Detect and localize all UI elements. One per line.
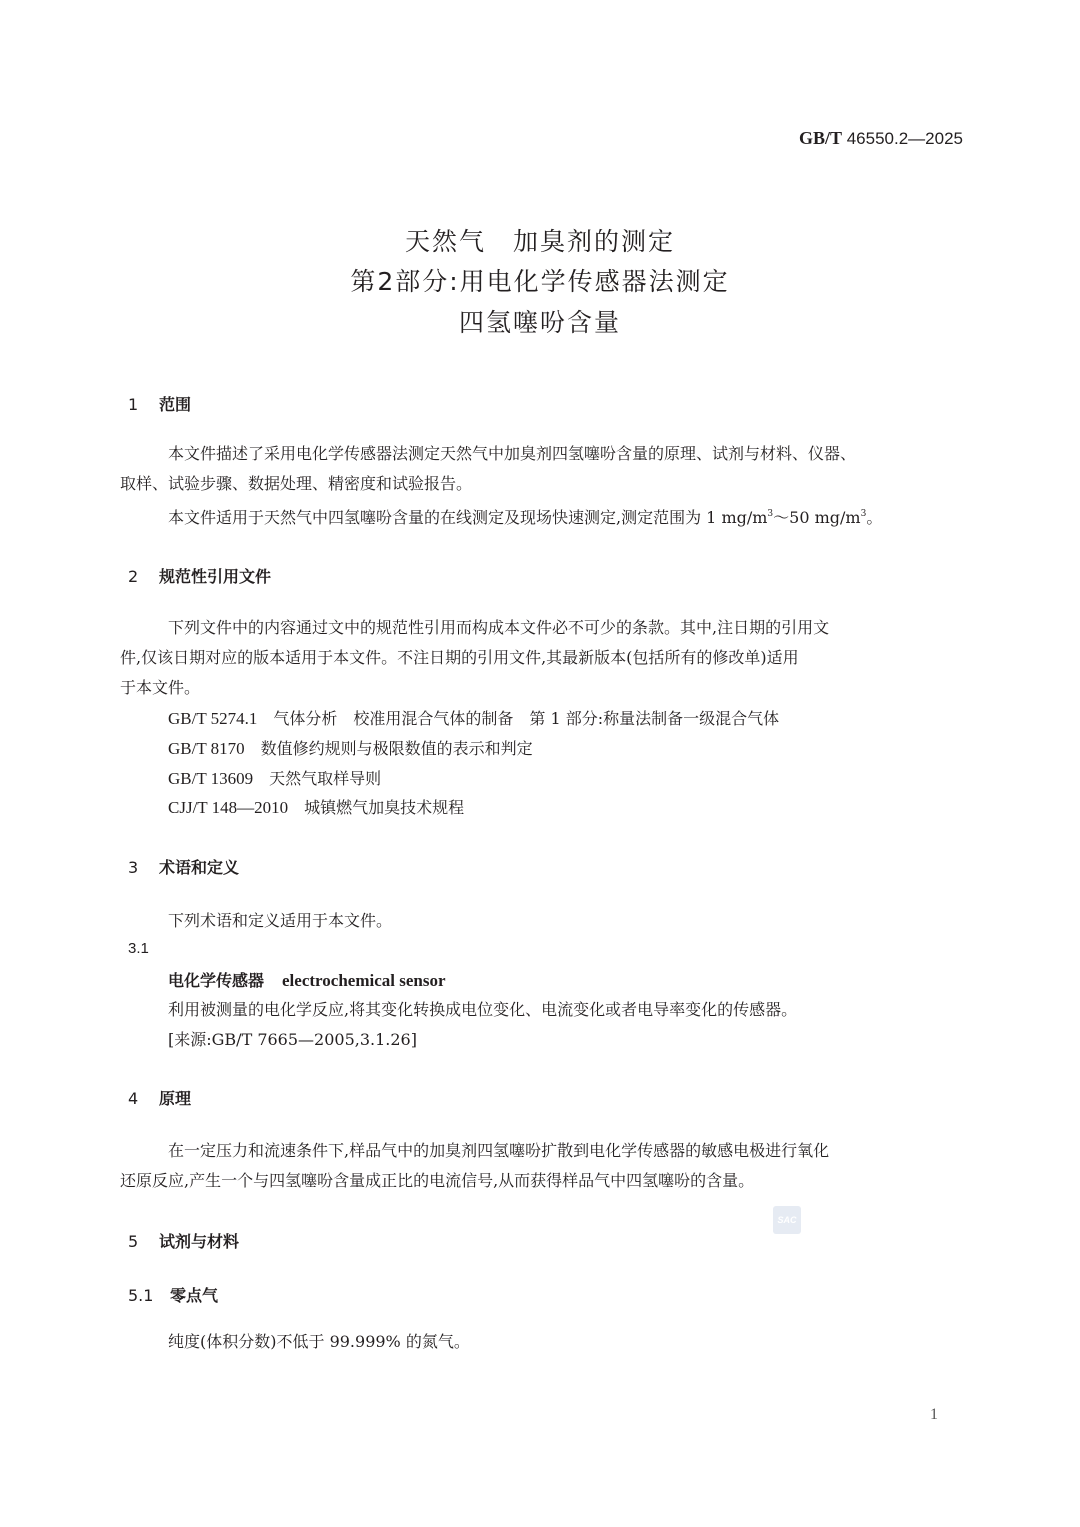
section-title: 规范性引用文件 bbox=[159, 567, 271, 586]
subsection-number: 5.1 bbox=[128, 1286, 170, 1305]
section-number: 4 bbox=[128, 1089, 159, 1108]
section-1-heading: 1范围 bbox=[128, 392, 191, 415]
standard-number: 46550.2—2025 bbox=[847, 129, 963, 148]
term-number: 3.1 bbox=[128, 940, 149, 957]
sac-watermark-logo: SAC bbox=[773, 1206, 801, 1234]
section-number: 2 bbox=[128, 567, 159, 586]
section-title: 范围 bbox=[159, 395, 191, 414]
section-4-body: 在一定压力和流速条件下,样品气中的加臭剂四氢噻吩扩散到电化学传感器的敏感电极进行… bbox=[120, 1136, 965, 1196]
section-number: 5 bbox=[128, 1232, 159, 1251]
section-number: 3 bbox=[128, 858, 159, 877]
subsection-title: 零点气 bbox=[170, 1286, 218, 1305]
section-title: 试剂与材料 bbox=[159, 1232, 239, 1251]
section-2-body: 下列文件中的内容通过文中的规范性引用而构成本文件必不可少的条款。其中,注日期的引… bbox=[120, 613, 965, 703]
paragraph-cont: 件,仅该日期对应的版本适用于本文件。不注日期的引用文件,其最新版本(包括所有的修… bbox=[120, 643, 965, 673]
paragraph-cont: 还原反应,产生一个与四氢噻吩含量成正比的电流信号,从而获得样品气中四氢噻吩的含量… bbox=[120, 1166, 965, 1196]
section-2-heading: 2规范性引用文件 bbox=[128, 564, 271, 587]
paragraph: 在一定压力和流速条件下,样品气中的加臭剂四氢噻吩扩散到电化学传感器的敏感电极进行… bbox=[120, 1136, 965, 1166]
reference-item: GB/T 5274.1气体分析 校准用混合气体的制备 第 1 部分:称量法制备一… bbox=[168, 706, 779, 729]
term-source: [来源:GB/T 7665—2005,3.1.26] bbox=[168, 1027, 417, 1050]
section-1-body: 本文件描述了采用电化学传感器法测定天然气中加臭剂四氢噻吩含量的原理、试剂与材料、… bbox=[120, 439, 965, 533]
section-title: 术语和定义 bbox=[159, 858, 239, 877]
section-4-heading: 4原理 bbox=[128, 1086, 191, 1109]
section-number: 1 bbox=[128, 395, 159, 414]
reference-item: GB/T 13609天然气取样导则 bbox=[168, 766, 381, 789]
term-definition: 利用被测量的电化学反应,将其变化转换成电位变化、电流变化或者电导率变化的传感器。 bbox=[168, 997, 797, 1020]
paragraph: 本文件适用于天然气中四氢噻吩含量的在线测定及现场快速测定,测定范围为 1 mg/… bbox=[120, 499, 965, 533]
section-3-heading: 3术语和定义 bbox=[128, 855, 239, 878]
title-line-3: 四氢噻吩含量 bbox=[0, 303, 1080, 339]
standard-code: GB/T 46550.2—2025 bbox=[799, 128, 963, 149]
section-title: 原理 bbox=[159, 1089, 191, 1108]
paragraph-cont: 取样、试验步骤、数据处理、精密度和试验报告。 bbox=[120, 469, 965, 499]
section-3-intro: 下列术语和定义适用于本文件。 bbox=[168, 908, 392, 931]
paragraph-cont: 于本文件。 bbox=[120, 673, 965, 703]
reference-item: CJJ/T 148—2010城镇燃气加臭技术规程 bbox=[168, 795, 464, 818]
standard-prefix: GB/T bbox=[799, 128, 842, 148]
paragraph: 下列文件中的内容通过文中的规范性引用而构成本文件必不可少的条款。其中,注日期的引… bbox=[120, 613, 965, 643]
term-cn: 电化学传感器 bbox=[168, 971, 264, 990]
reference-item: GB/T 8170数值修约规则与极限数值的表示和判定 bbox=[168, 736, 533, 759]
title-line-1: 天然气 加臭剂的测定 bbox=[0, 222, 1080, 258]
term-heading: 电化学传感器electrochemical sensor bbox=[168, 968, 446, 991]
title-line-2: 第2部分:用电化学传感器法测定 bbox=[0, 262, 1080, 298]
subsection-5-1-heading: 5.1零点气 bbox=[128, 1283, 218, 1306]
page-number: 1 bbox=[930, 1406, 938, 1424]
section-5-heading: 5试剂与材料 bbox=[128, 1229, 239, 1252]
subsection-5-1-body: 纯度(体积分数)不低于 99.999% 的氮气。 bbox=[168, 1329, 470, 1352]
term-en: electrochemical sensor bbox=[282, 971, 445, 990]
paragraph: 本文件描述了采用电化学传感器法测定天然气中加臭剂四氢噻吩含量的原理、试剂与材料、… bbox=[120, 439, 965, 469]
